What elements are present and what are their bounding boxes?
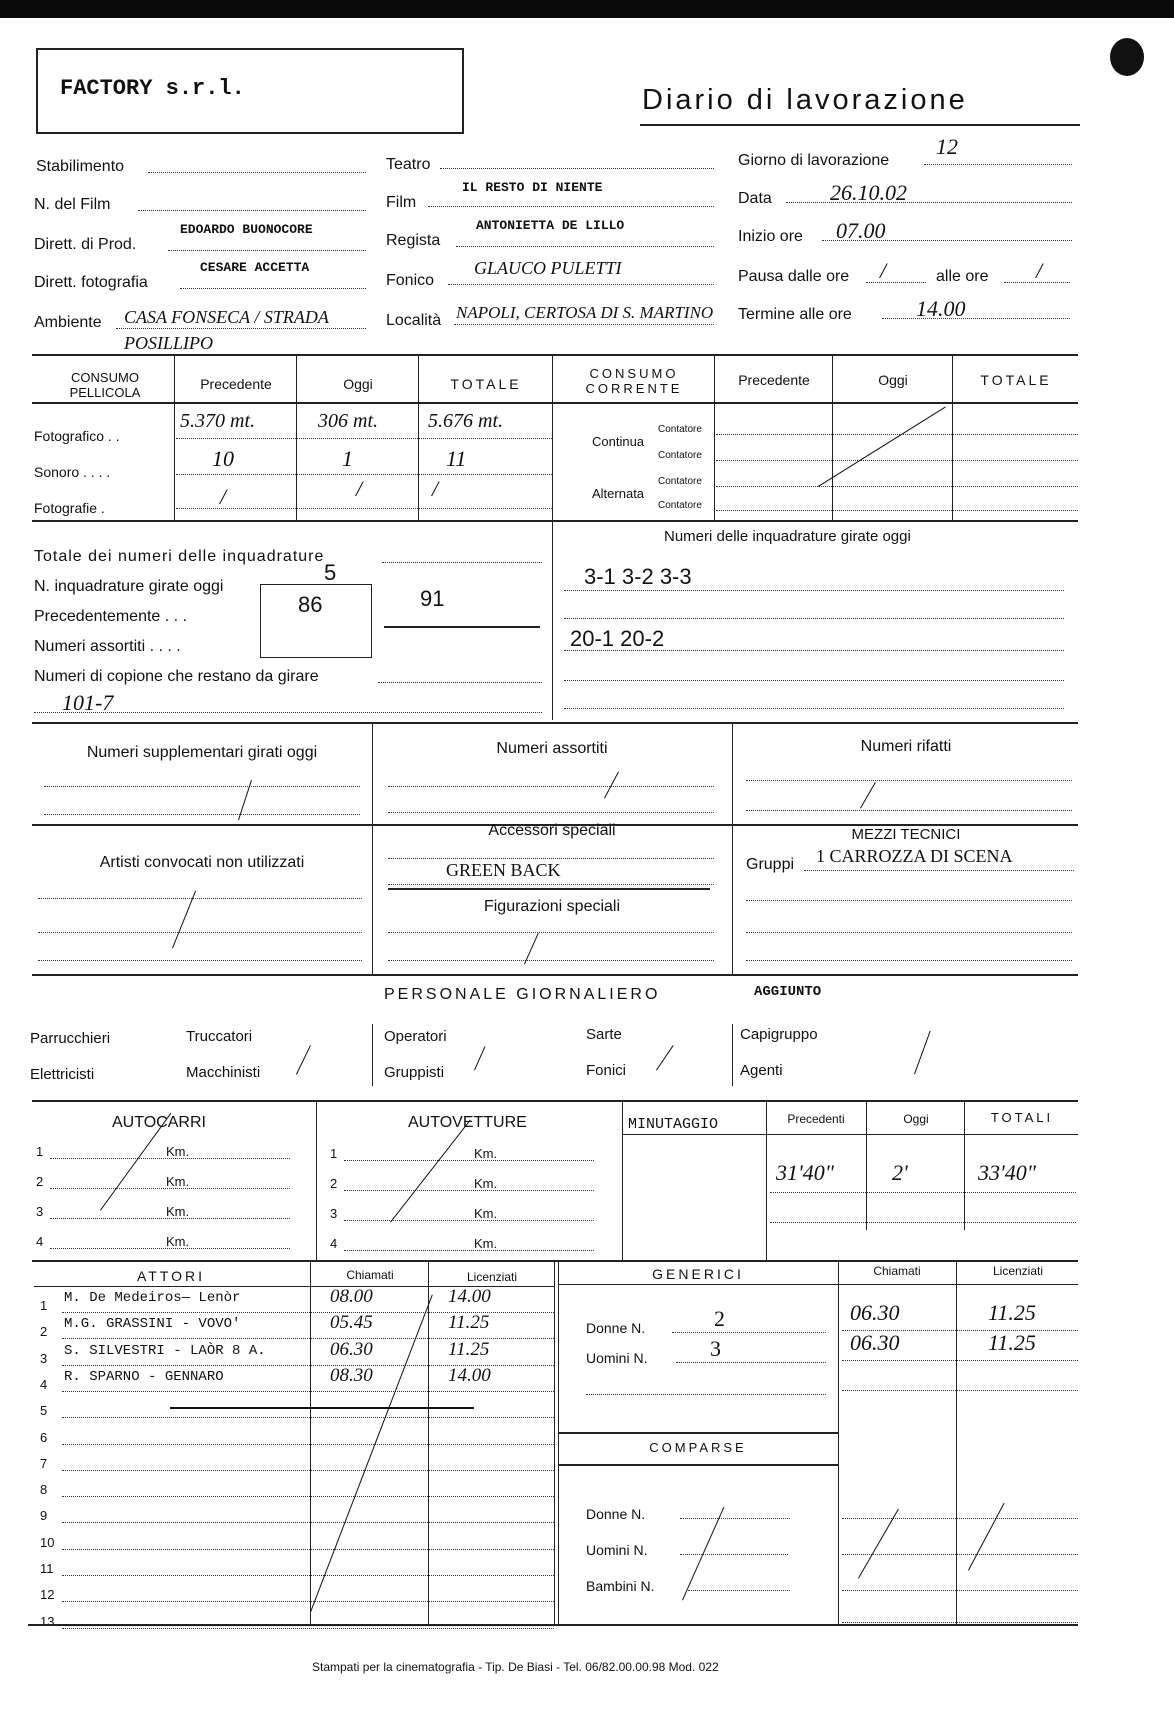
divider: [32, 1260, 1078, 1262]
inizio-label: Inizio ore: [738, 228, 803, 246]
contatore-line[interactable]: [716, 460, 1078, 461]
km-label: Km.: [166, 1234, 189, 1249]
punch-hole: [1110, 38, 1144, 76]
autocarro-line[interactable]: [50, 1188, 290, 1189]
autovettura-line[interactable]: [344, 1190, 594, 1191]
girate-oggi-line-1: 3-1 3-2 3-3: [584, 564, 692, 590]
cell: /: [220, 484, 226, 510]
n-film-field[interactable]: [138, 210, 366, 211]
col-line: [310, 1260, 311, 1624]
attore-line[interactable]: [62, 1391, 554, 1392]
inizio-field[interactable]: [822, 240, 1072, 241]
row-number: 11: [40, 1561, 54, 1576]
copione-label: Numeri di copione che restano da girare: [34, 668, 319, 686]
document-title: Diario di lavorazione: [642, 84, 968, 117]
strike-mark: [968, 1503, 1005, 1571]
col-totale-corrente: TOTALE: [954, 372, 1078, 388]
strike-mark: [860, 782, 876, 808]
comparse-time-line[interactable]: [842, 1590, 1078, 1591]
pausa-dalle-field[interactable]: [866, 282, 926, 283]
contatore-label: Contatore: [658, 500, 702, 511]
row-num: 1: [36, 1144, 43, 1159]
divider: [388, 888, 710, 890]
mezzi-line[interactable]: [746, 900, 1072, 901]
col-line: [552, 354, 553, 520]
girate-line[interactable]: [564, 618, 1064, 619]
copione-line[interactable]: [34, 712, 542, 713]
comparse-bambini-label: Bambini N.: [586, 1578, 654, 1594]
row-number: 9: [40, 1508, 47, 1523]
divider: [558, 1432, 838, 1434]
uomini-label: Uomini N.: [586, 1350, 647, 1366]
attore-licenziati: 14.00: [448, 1286, 491, 1308]
comparse-time-line[interactable]: [842, 1622, 1078, 1623]
row-number: 2: [40, 1324, 47, 1339]
data-label: Data: [738, 190, 772, 208]
col-line: [964, 1100, 965, 1230]
fotografico-line[interactable]: [176, 438, 552, 439]
truccatori-label: Truccatori: [186, 1028, 252, 1045]
col-line: [732, 722, 733, 974]
generici-time-line[interactable]: [842, 1360, 1078, 1361]
fonico-value: GLAUCO PULETTI: [474, 258, 622, 279]
consumo-pellicola-header: CONSUMO PELLICOLA: [40, 370, 170, 400]
col-line: [554, 1260, 555, 1624]
localita-value: NAPOLI, CERTOSA DI S. MARTINO: [456, 300, 716, 326]
consumo-corrente-header: CONSUMO CORRENTE: [556, 366, 712, 396]
capigruppo-label: Capigruppo: [740, 1026, 818, 1043]
accessori-title: Accessori speciali: [374, 822, 730, 840]
figurazioni-line[interactable]: [388, 960, 714, 961]
cell: 5.370 mt.: [180, 410, 255, 433]
sum-line: [384, 626, 540, 628]
fonico-field[interactable]: [448, 284, 714, 285]
gruppi-line[interactable]: [804, 870, 1074, 871]
gruppi-label: Gruppi: [746, 856, 794, 874]
termine-label: Termine alle ore: [738, 306, 852, 324]
stabilimento-label: Stabilimento: [36, 158, 124, 176]
attore-line[interactable]: [62, 1549, 554, 1550]
divider: [32, 354, 1078, 356]
continua-label: Continua: [592, 434, 644, 449]
attore-line[interactable]: [62, 1575, 554, 1576]
minutaggio-line[interactable]: [770, 1222, 1076, 1223]
rifatti-line[interactable]: [746, 780, 1072, 781]
dirett-foto-field[interactable]: [180, 288, 366, 289]
cell: 10: [212, 446, 234, 472]
row-label: Fotografico . .: [34, 428, 120, 444]
km-label: Km.: [474, 1146, 497, 1161]
cell: 5.676 mt.: [428, 410, 503, 433]
col-line: [552, 520, 553, 720]
contatore-label: Contatore: [658, 450, 702, 461]
accessori-value: GREEN BACK: [446, 860, 561, 881]
aggiunto-stamp: AGGIUNTO: [754, 984, 821, 1000]
generici-chiamati: 06.30: [850, 1300, 900, 1326]
attore-name: M.G. GRASSINI - VOVO': [64, 1316, 240, 1332]
comparse-time-line[interactable]: [842, 1518, 1078, 1519]
autocarro-line[interactable]: [50, 1248, 290, 1249]
strike-mark: [474, 1046, 485, 1070]
km-label: Km.: [166, 1204, 189, 1219]
col-totali: TOTALI: [966, 1110, 1078, 1125]
col-line: [732, 1024, 733, 1086]
strike-mark: [858, 1509, 899, 1579]
comparse-uomini-label: Uomini N.: [586, 1542, 647, 1558]
donne-label: Donne N.: [586, 1320, 645, 1336]
teatro-label: Teatro: [386, 156, 430, 174]
autocarro-line[interactable]: [50, 1218, 290, 1219]
fonico-label: Fonico: [386, 272, 434, 290]
row-number: 8: [40, 1482, 47, 1497]
parrucchieri-label: Parrucchieri: [30, 1030, 110, 1047]
row-number: 10: [40, 1535, 54, 1550]
stabilimento-field[interactable]: [148, 172, 366, 173]
row-num: 3: [330, 1206, 337, 1221]
strike-mark: [172, 891, 196, 949]
totale-inquadrature-field[interactable]: [382, 562, 542, 563]
strike-mark: [656, 1045, 674, 1070]
ambiente-value: CASA FONSECA / STRADA POSILLIPO: [124, 304, 354, 356]
girate-oggi-line-2: 20-1 20-2: [570, 626, 664, 652]
title-underline: [640, 124, 1080, 126]
girate-line[interactable]: [564, 650, 1064, 651]
mezzi-line[interactable]: [746, 960, 1072, 961]
minutaggio-oggi: 2': [892, 1160, 908, 1186]
comparse-donne-label: Donne N.: [586, 1506, 645, 1522]
cell: 306 mt.: [318, 410, 378, 433]
girate-oggi-title: Numeri delle inquadrature girate oggi: [664, 528, 911, 545]
col-line: [372, 1024, 373, 1086]
dirett-prod-value: EDOARDO BUONOCORE: [180, 222, 313, 237]
generici-title: GENERICI: [560, 1266, 836, 1282]
col-oggi-corrente: Oggi: [834, 372, 952, 388]
col-line: [832, 354, 833, 520]
divider: [622, 1134, 1078, 1135]
assortiti-line[interactable]: [388, 786, 714, 787]
row-label: Sonoro . . . .: [34, 464, 110, 480]
termine-field[interactable]: [882, 318, 1070, 319]
minutaggio-title: MINUTAGGIO: [628, 1116, 718, 1133]
assortiti-title: Numeri assortiti: [374, 740, 730, 758]
attore-name: R. SPARNO - GENNARO: [64, 1369, 224, 1385]
col-line: [428, 1260, 429, 1624]
row-number: 12: [40, 1587, 54, 1602]
col-line: [952, 354, 953, 520]
row-number: 6: [40, 1430, 47, 1445]
strike-mark: [818, 407, 946, 487]
divider: [558, 1284, 1078, 1285]
fonici-label: Fonici: [586, 1062, 626, 1079]
generici-licenziati: 11.25: [988, 1300, 1036, 1326]
assortiti-line[interactable]: [388, 812, 714, 813]
row-num: 4: [330, 1236, 337, 1251]
attore-line[interactable]: [62, 1522, 554, 1523]
col-licenziati-generici: Licenziati: [958, 1264, 1078, 1278]
km-label: Km.: [474, 1176, 497, 1191]
row-number: 4: [40, 1377, 47, 1392]
attore-licenziati: 11.25: [448, 1339, 489, 1361]
attore-line[interactable]: [62, 1470, 554, 1471]
printer-footer: Stampati per la cinematografia - Tip. De…: [312, 1660, 719, 1674]
sonoro-line[interactable]: [176, 474, 552, 475]
col-precedente: Precedente: [176, 376, 296, 392]
row-number: 1: [40, 1298, 47, 1313]
dirett-prod-label: Dirett. di Prod.: [34, 236, 136, 254]
cell: 11: [446, 446, 466, 472]
contatore-line[interactable]: [716, 510, 1078, 511]
donne-field[interactable]: [672, 1332, 826, 1333]
row-num: 3: [36, 1204, 43, 1219]
oggi-value: 5: [324, 560, 336, 586]
attore-name: S. SILVESTRI - LAÒR 8 A.: [64, 1343, 266, 1359]
strike-mark: [390, 1120, 471, 1223]
attori-header: ATTORI: [34, 1268, 308, 1284]
generici-licenziati: 11.25: [988, 1330, 1036, 1356]
figurazioni-title: Figurazioni speciali: [374, 898, 730, 916]
attore-line[interactable]: [62, 1601, 554, 1602]
girate-line[interactable]: [564, 590, 1064, 591]
accessori-line[interactable]: [388, 858, 714, 859]
col-chiamati-generici: Chiamati: [840, 1264, 954, 1278]
minutaggio-totali: 33'40": [978, 1160, 1036, 1186]
col-chiamati: Chiamati: [312, 1268, 428, 1282]
col-line: [418, 354, 419, 520]
col-line: [622, 1100, 623, 1260]
agenti-label: Agenti: [740, 1062, 783, 1079]
divider: [32, 722, 1078, 724]
autovettura-line[interactable]: [344, 1250, 594, 1251]
col-line: [174, 354, 175, 520]
divider: [32, 1100, 1078, 1102]
supplementari-title: Numeri supplementari girati oggi: [34, 744, 370, 762]
row-number: 7: [40, 1456, 47, 1471]
generici-time-line[interactable]: [842, 1390, 1078, 1391]
autovettura-line[interactable]: [344, 1220, 594, 1221]
col-precedenti: Precedenti: [768, 1112, 864, 1126]
attore-chiamati: 08.00: [330, 1286, 373, 1308]
rifatti-line[interactable]: [746, 810, 1072, 811]
comparse-title: COMPARSE: [560, 1440, 836, 1455]
teatro-field[interactable]: [440, 168, 714, 169]
regista-field[interactable]: [456, 246, 714, 247]
attore-licenziati: 14.00: [448, 1365, 491, 1387]
supplementari-line[interactable]: [44, 786, 360, 787]
fotografie-line[interactable]: [176, 508, 552, 509]
contatore-line[interactable]: [716, 486, 1078, 487]
divider: [32, 520, 1078, 522]
col-licenziati: Licenziati: [430, 1270, 554, 1284]
dirett-foto-value: CESARE ACCETTA: [200, 260, 309, 275]
autovettura-line[interactable]: [344, 1160, 594, 1161]
attore-line[interactable]: [62, 1628, 554, 1629]
attore-line[interactable]: [62, 1417, 554, 1418]
giorno-label: Giorno di lavorazione: [738, 152, 889, 170]
cell: /: [432, 476, 438, 502]
strike-mark: [914, 1031, 931, 1075]
totale-value: 91: [420, 586, 444, 612]
contatore-label: Contatore: [658, 424, 702, 435]
scan-top-edge: [0, 0, 1174, 18]
col-line: [296, 354, 297, 520]
row-num: 2: [36, 1174, 43, 1189]
alternata-label: Alternata: [592, 486, 644, 501]
attore-chiamati: 08.30: [330, 1365, 373, 1387]
km-label: Km.: [474, 1236, 497, 1251]
localita-label: Località: [386, 312, 441, 330]
gruppi-value: 1 CARROZZA DI SCENA: [816, 846, 1013, 867]
artisti-line[interactable]: [38, 960, 362, 961]
col-line: [866, 1100, 867, 1230]
divider: [32, 402, 1078, 404]
col-line: [766, 1100, 767, 1260]
artisti-line[interactable]: [38, 932, 362, 933]
row-number: 13: [40, 1614, 54, 1629]
km-label: Km.: [166, 1174, 189, 1189]
film-value: IL RESTO DI NIENTE: [462, 180, 602, 195]
sarte-label: Sarte: [586, 1026, 622, 1043]
generici-time-line[interactable]: [842, 1330, 1078, 1331]
ambiente-field[interactable]: [116, 328, 366, 329]
rifatti-title: Numeri rifatti: [734, 738, 1078, 756]
col-line: [372, 722, 373, 974]
strike-mark: [296, 1045, 311, 1074]
uomini-field[interactable]: [676, 1362, 826, 1363]
col-line: [558, 1260, 559, 1624]
comparse-time-line[interactable]: [842, 1554, 1078, 1555]
operatori-label: Operatori: [384, 1028, 447, 1045]
km-label: Km.: [166, 1144, 189, 1159]
attore-chiamati: 06.30: [330, 1339, 373, 1361]
film-field[interactable]: [428, 206, 714, 207]
km-label: Km.: [474, 1206, 497, 1221]
attore-line[interactable]: [62, 1444, 554, 1445]
company-name: FACTORY s.r.l.: [60, 76, 245, 101]
giorno-value: 12: [936, 134, 958, 160]
col-precedente-corrente: Precedente: [716, 372, 832, 388]
figurazioni-line[interactable]: [388, 932, 714, 933]
n-film-label: N. del Film: [34, 196, 110, 214]
prec-label: Precedentemente . . .: [34, 608, 187, 626]
ambiente-label: Ambiente: [34, 314, 102, 332]
contatore-line[interactable]: [716, 434, 1078, 435]
col-totale: TOTALE: [420, 376, 552, 392]
divider: [32, 974, 1078, 976]
autocarro-line[interactable]: [50, 1158, 290, 1159]
cell: 1: [342, 446, 353, 472]
totale-inquadrature-label: Totale dei numeri delle inquadrature: [34, 548, 324, 566]
donne-value: 2: [714, 1306, 725, 1332]
film-label: Film: [386, 194, 416, 212]
attore-chiamati: 05.45: [330, 1312, 373, 1334]
pausa-alle-field[interactable]: [1004, 282, 1070, 283]
pausa-alle-value: /: [1036, 258, 1042, 284]
elettricisti-label: Elettricisti: [30, 1066, 94, 1083]
strike-mark: [170, 1407, 474, 1409]
attore-name: M. De Medeiros— Lenòr: [64, 1290, 240, 1306]
attore-line[interactable]: [62, 1496, 554, 1497]
row-number: 3: [40, 1351, 47, 1366]
comparse-bambini-field[interactable]: [688, 1590, 790, 1591]
contatore-label: Contatore: [658, 476, 702, 487]
col-line: [838, 1260, 839, 1624]
artisti-line[interactable]: [38, 898, 362, 899]
mezzi-line[interactable]: [746, 932, 1072, 933]
girate-line[interactable]: [564, 708, 1064, 709]
mezzi-title: MEZZI TECNICI: [734, 826, 1078, 843]
col-oggi: Oggi: [868, 1112, 964, 1126]
artisti-title: Artisti convocati non utilizzati: [34, 854, 370, 872]
row-label: Fotografie .: [34, 500, 105, 516]
col-line: [956, 1260, 957, 1624]
pausa-dalle-value: /: [880, 258, 886, 284]
pausa-alle-label: alle ore: [936, 268, 988, 286]
regista-value: ANTONIETTA DE LILLO: [476, 218, 624, 233]
giorno-field[interactable]: [924, 164, 1072, 165]
supplementari-line[interactable]: [44, 814, 360, 815]
dirett-prod-field[interactable]: [168, 250, 366, 251]
regista-label: Regista: [386, 232, 440, 250]
copione-field[interactable]: [378, 682, 542, 683]
comparse-uomini-field[interactable]: [680, 1554, 788, 1555]
minutaggio-line[interactable]: [770, 1192, 1076, 1193]
generici-chiamati: 06.30: [850, 1330, 900, 1356]
minutaggio-precedenti: 31'40": [776, 1160, 834, 1186]
macchinisti-label: Macchinisti: [186, 1064, 260, 1081]
col-oggi: Oggi: [298, 376, 418, 392]
row-num: 4: [36, 1234, 43, 1249]
gruppisti-label: Gruppisti: [384, 1064, 444, 1081]
strike-mark: [604, 772, 619, 799]
row-num: 1: [330, 1146, 337, 1161]
col-line: [316, 1100, 317, 1260]
accessori-line[interactable]: [388, 884, 714, 885]
row-number: 5: [40, 1403, 47, 1418]
data-field[interactable]: [786, 202, 1072, 203]
assortiti-label: Numeri assortiti . . . .: [34, 638, 181, 656]
localita-field[interactable]: [454, 324, 714, 325]
oggi-label: N. inquadrature girate oggi: [34, 578, 223, 596]
row-num: 2: [330, 1176, 337, 1191]
prec-value: 86: [298, 592, 322, 618]
uomini-value: 3: [710, 1336, 721, 1362]
divider: [558, 1464, 838, 1466]
dirett-foto-label: Dirett. fotografia: [34, 274, 148, 292]
personale-title: PERSONALE GIORNALIERO: [384, 986, 660, 1004]
divider: [28, 1624, 1078, 1626]
col-line: [714, 354, 715, 520]
attore-licenziati: 11.25: [448, 1312, 489, 1334]
cell: /: [356, 476, 362, 502]
generici-line[interactable]: [586, 1394, 826, 1395]
pausa-dalle-label: Pausa dalle ore: [738, 268, 849, 286]
comparse-donne-field[interactable]: [680, 1518, 790, 1519]
girate-line[interactable]: [564, 680, 1064, 681]
